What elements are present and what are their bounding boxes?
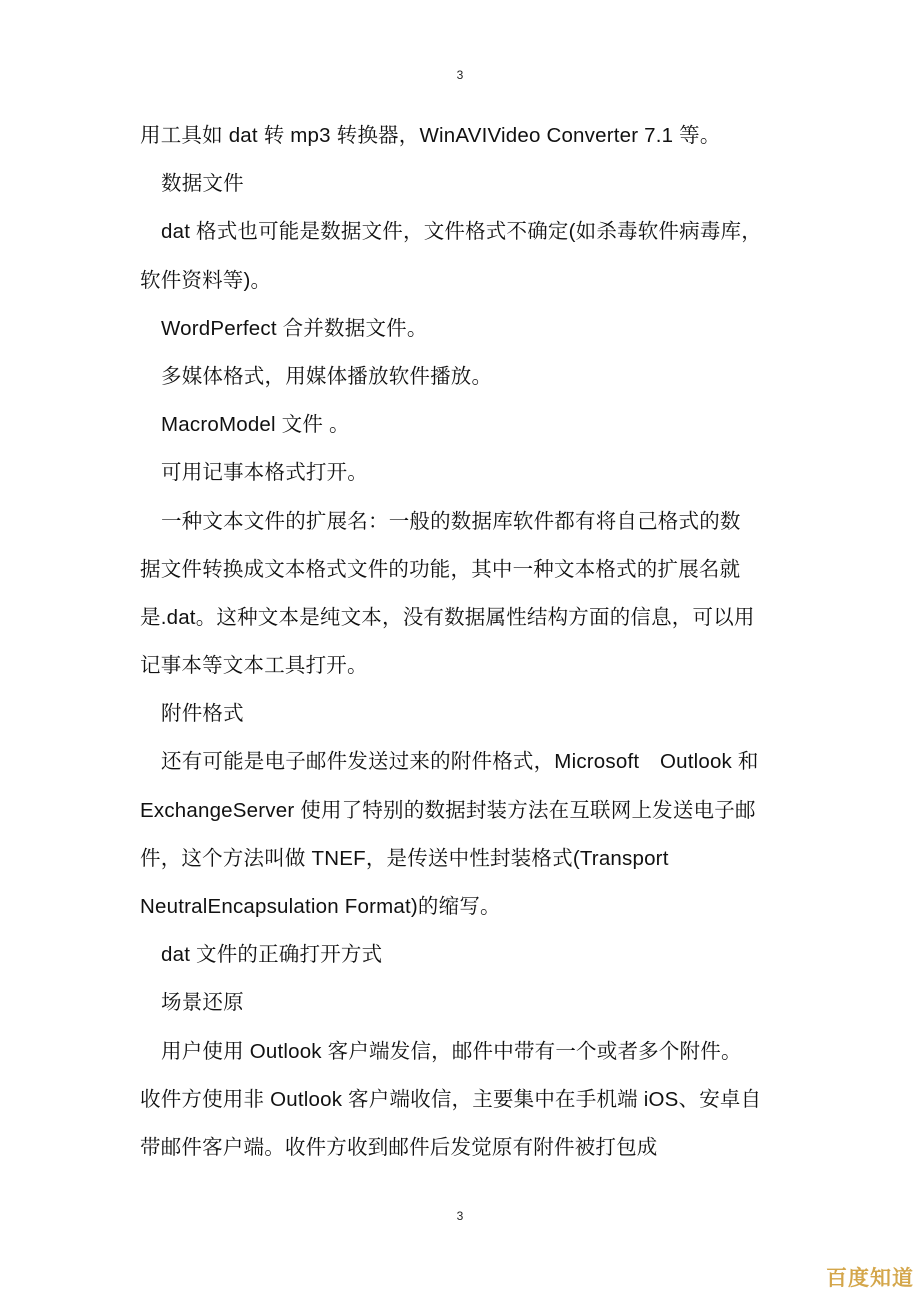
text-line: 收件方使用非 Outlook 客户端收信，主要集中在手机端 iOS、安卓自: [140, 1082, 785, 1130]
text-line: 软件资料等)。: [140, 263, 785, 311]
text-line: 多媒体格式，用媒体播放软件播放。: [140, 359, 785, 407]
text-line: 可用记事本格式打开。: [140, 455, 785, 503]
text-line: 用户使用 Outlook 客户端发信，邮件中带有一个或者多个附件。: [140, 1034, 785, 1082]
section-heading-data-file: 数据文件: [140, 166, 785, 214]
text-line: 还有可能是电子邮件发送过来的附件格式，Microsoft Outlook 和: [140, 744, 785, 792]
text-line: 据文件转换成文本格式文件的功能，其中一种文本格式的扩展名就: [140, 552, 785, 600]
section-heading-attachment-format: 附件格式: [140, 696, 785, 744]
text-line: WordPerfect 合并数据文件。: [140, 311, 785, 359]
text-line: 记事本等文本工具打开。: [140, 648, 785, 696]
text-line: 用工具如 dat 转 mp3 转换器，WinAVIVideo Converter…: [140, 118, 785, 166]
text-line: 一种文本文件的扩展名：一般的数据库软件都有将自己格式的数: [140, 504, 785, 552]
section-heading-open-method: dat 文件的正确打开方式: [140, 937, 785, 985]
document-body: 用工具如 dat 转 mp3 转换器，WinAVIVideo Converter…: [140, 118, 785, 1178]
page-number-top: 3: [0, 68, 920, 82]
text-line: NeutralEncapsulation Format)的缩写。: [140, 889, 785, 937]
text-line: 带邮件客户端。收件方收到邮件后发觉原有附件被打包成: [140, 1130, 785, 1178]
text-line: dat 格式也可能是数据文件，文件格式不确定(如杀毒软件病毒库，: [140, 214, 785, 262]
text-line: MacroModel 文件 。: [140, 407, 785, 455]
page-number-bottom: 3: [0, 1209, 920, 1223]
text-line: 是.dat。这种文本是纯文本，没有数据属性结构方面的信息，可以用: [140, 600, 785, 648]
text-line: 件，这个方法叫做 TNEF，是传送中性封装格式(Transport: [140, 841, 785, 889]
section-heading-scenario: 场景还原: [140, 985, 785, 1033]
baidu-zhidao-watermark: 百度知道: [826, 1262, 914, 1292]
text-line: ExchangeServer 使用了特别的数据封装方法在互联网上发送电子邮: [140, 793, 785, 841]
